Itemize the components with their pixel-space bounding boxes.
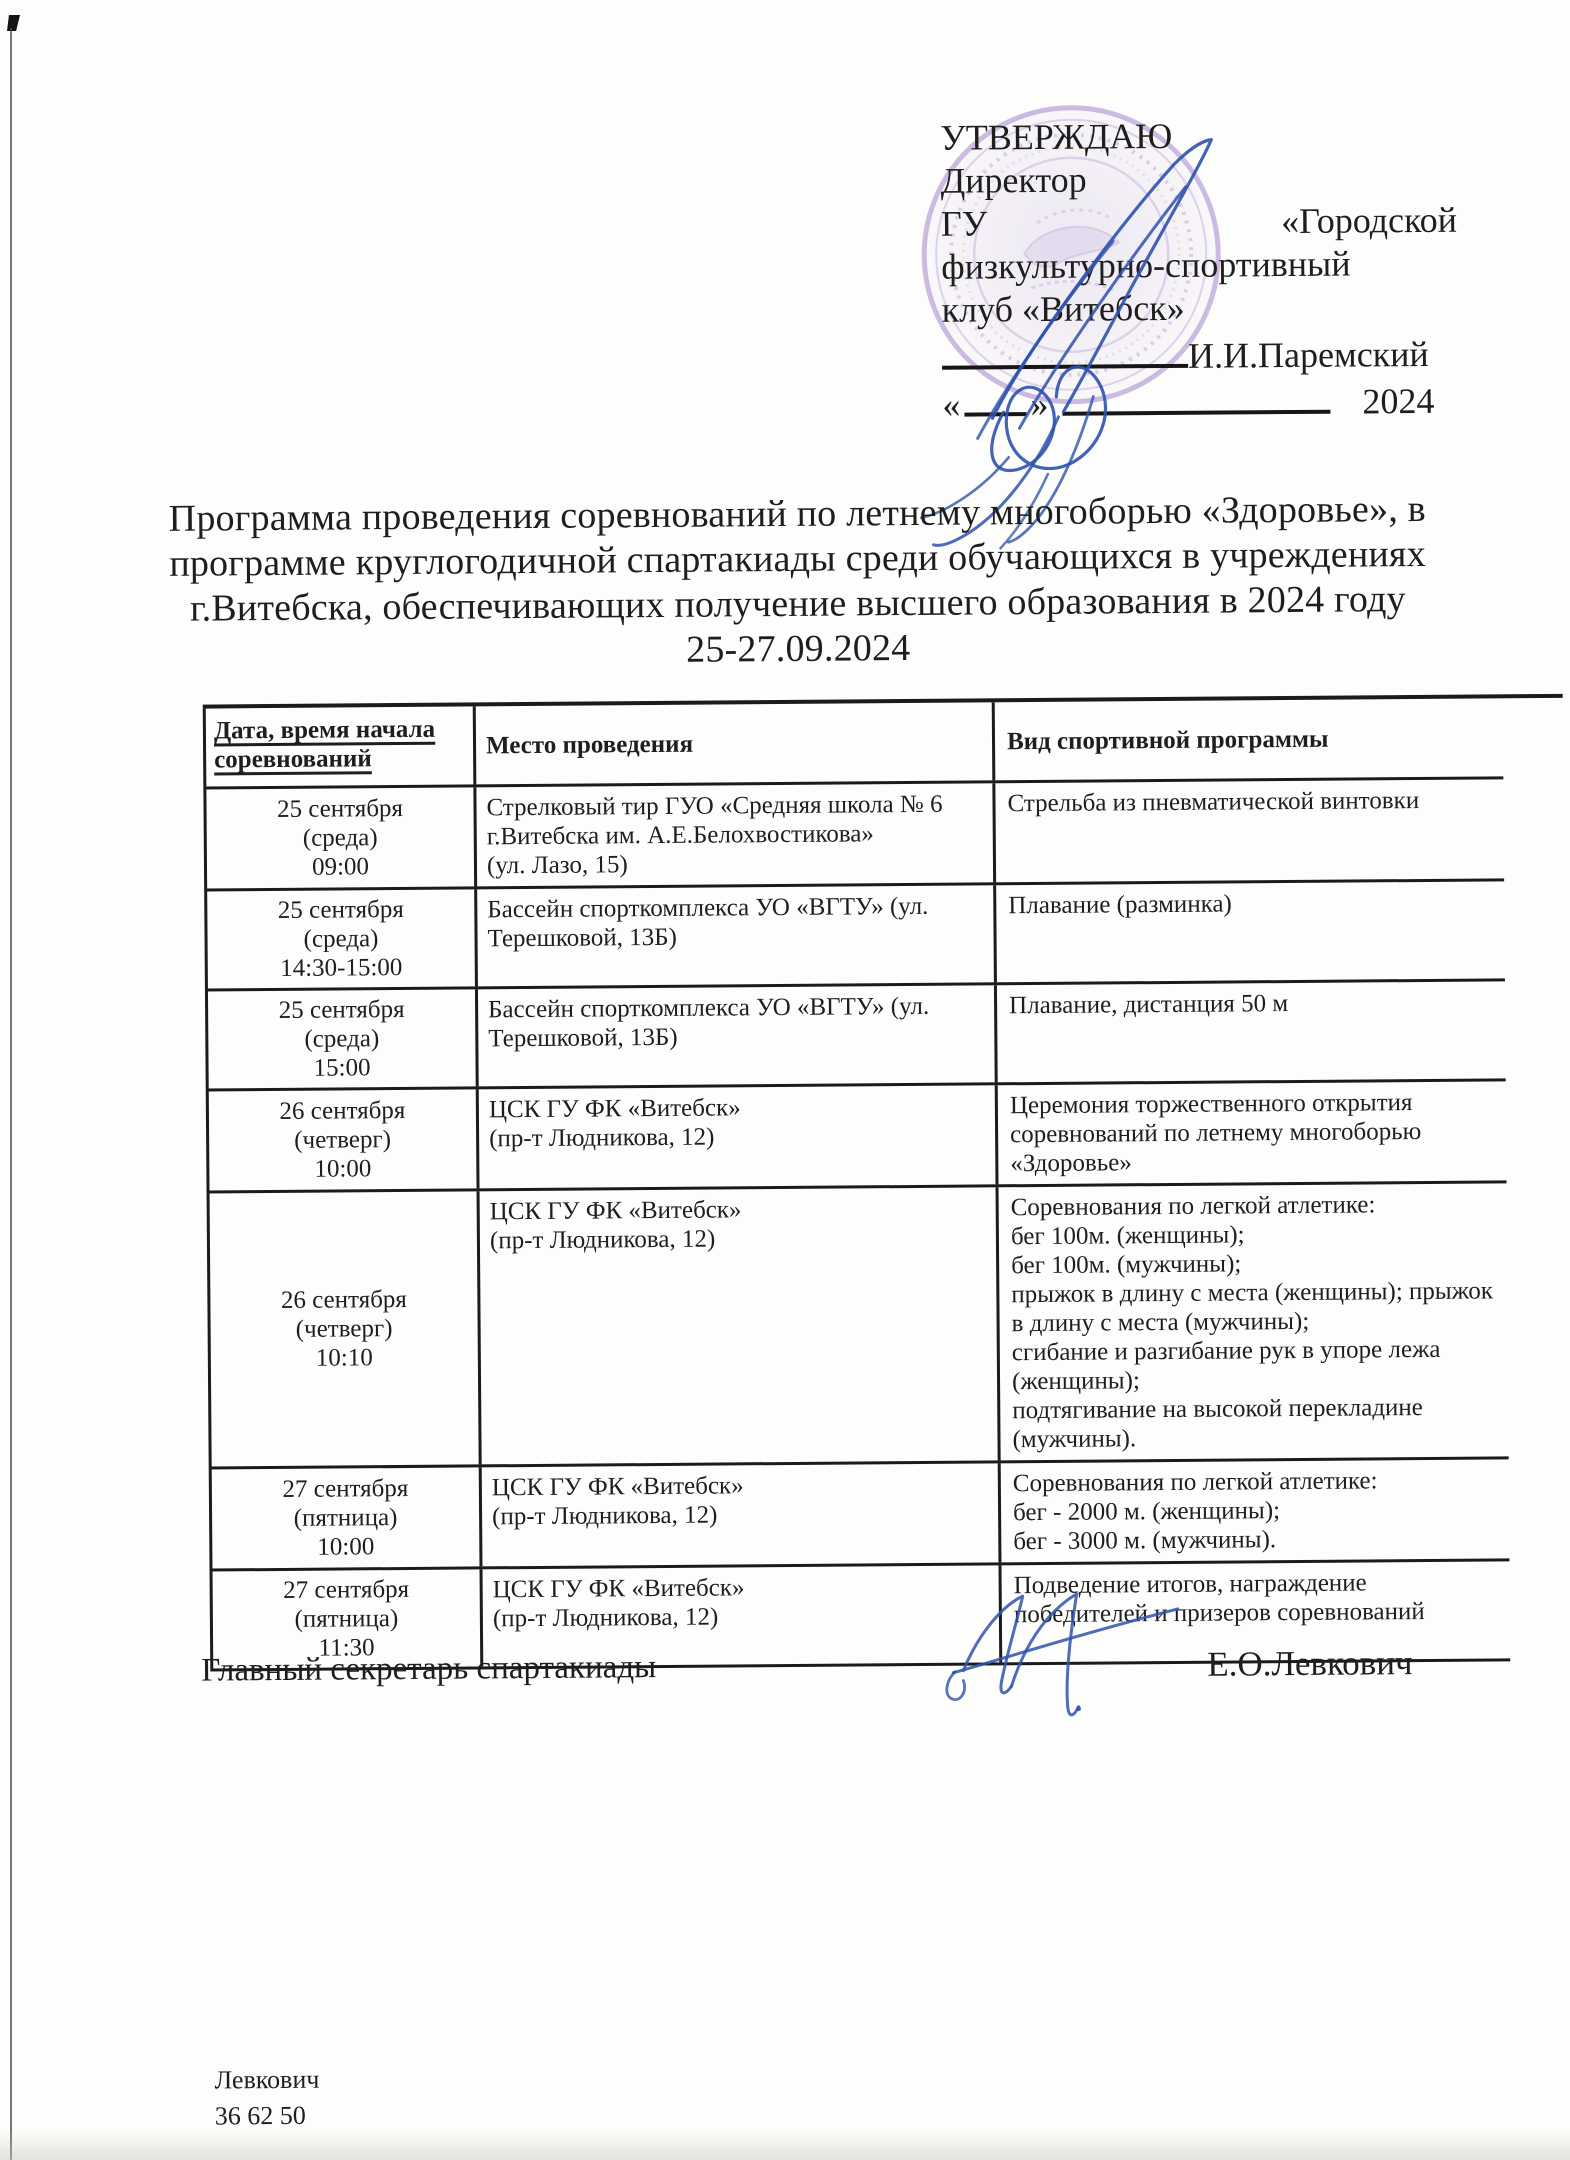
place-cell: ЦСК ГУ ФК «Витебск» (пр-т Людникова, 12) [482,1463,1002,1566]
secretary-role: Главный секретарь спартакиады [201,1649,656,1690]
scanned-document: { "approval": { "approve_word": "УТВЕРЖД… [0,0,1570,2160]
year-text: 2024 [1362,381,1434,422]
secretary-signature [935,1569,1191,1751]
table-row: 25 сентября (среда) 15:00 Бассейн спортк… [205,981,1506,1091]
place-cell: ЦСК ГУ ФК «Витебск» (пр-т Людникова, 12) [480,1187,1001,1464]
header-place-column: Место проведения [476,702,996,784]
date-cell: 25 сентября (среда) 09:00 [203,787,477,888]
program-cell: Плавание, дистанция 50 м [997,981,1506,1082]
footer-phone: 36 62 50 [215,2101,306,2131]
footer-contact-name: Левкович [214,2065,319,2095]
date-cell: 25 сентября (среда) 14:30-15:00 [204,889,478,988]
table-row: 25 сентября (среда) 14:30-15:00 Бассейн … [204,881,1505,991]
program-cell: Церемония торжественного открытия соревн… [998,1081,1507,1184]
secretary-name: Е.О.Левкович [1207,1643,1413,1685]
table-row: 25 сентября (среда) 09:00 Стрелковый тир… [203,779,1504,891]
date-cell: 26 сентября (четверг) 10:00 [206,1089,480,1190]
header-program-column: Вид спортивной программы [995,698,1504,780]
place-cell: ЦСК ГУ ФК «Витебск» (пр-т Людникова, 12) [479,1085,999,1188]
table-row: 26 сентября (четверг) 10:10 ЦСК ГУ ФК «В… [207,1183,1509,1469]
place-cell: Бассейн спорткомплекса УО «ВГТУ» (ул. Те… [478,985,998,1086]
program-cell: Соревнования по легкой атлетике: бег 100… [999,1183,1509,1460]
header-date-column: Дата, время начала соревнований [203,706,477,786]
date-cell: 25 сентября (среда) 15:00 [205,989,479,1088]
table-row: 26 сентября (четверг) 10:00 ЦСК ГУ ФК «В… [206,1081,1507,1193]
date-cell: 27 сентября (пятница) 10:00 [209,1467,483,1568]
place-cell: Стрелковый тир ГУО «Средняя школа № 6 г.… [476,783,996,886]
table-row: 27 сентября (пятница) 10:00 ЦСК ГУ ФК «В… [209,1459,1510,1571]
document-content: УТВЕРЖДАЮ Директор ГУ «Городской физкуль… [0,0,1570,2160]
footer-contact: Левкович36 62 50 [214,2062,319,2135]
date-cell: 26 сентября (четверг) 10:10 [207,1191,482,1466]
program-cell: Соревнования по легкой атлетике: бег - 2… [1001,1459,1510,1562]
place-cell: Бассейн спорткомплекса УО «ВГТУ» (ул. Те… [477,885,997,986]
program-cell: Стрельба из пневматической винтовки [995,779,1504,882]
document-title: Программа проведения соревнований по лет… [111,487,1484,678]
program-cell: Плавание (разминка) [996,881,1505,982]
table-header-row: Дата, время начала соревнований Место пр… [203,698,1504,789]
schedule-table: Дата, время начала соревнований Место пр… [203,698,1511,1671]
